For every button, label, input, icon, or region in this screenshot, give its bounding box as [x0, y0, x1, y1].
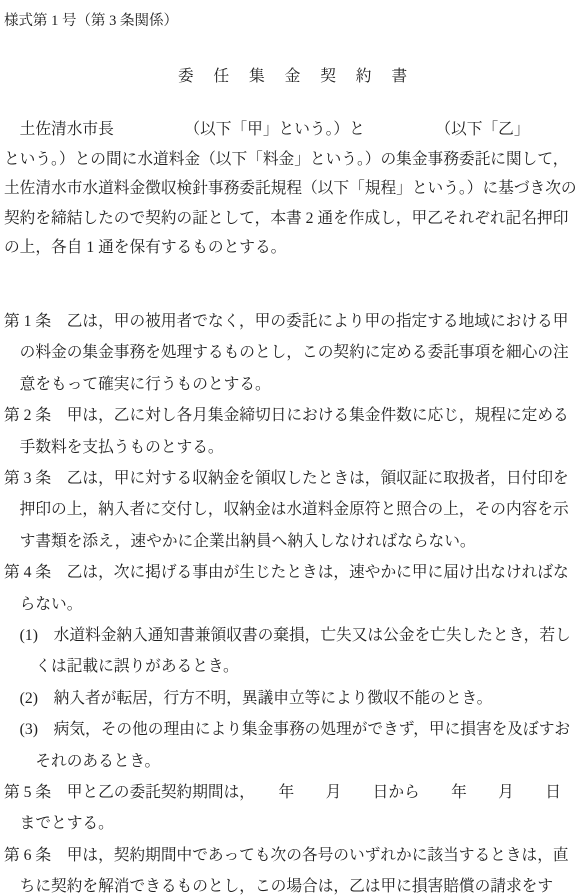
document-line: の上，各自 1 通を保有するものとする。 — [4, 233, 583, 263]
document-line: 手数料を支払うものとする。 — [4, 432, 583, 463]
form-number-label: 様式第 1 号（第 3 条関係） — [4, 6, 583, 36]
document-line: という。）との間に水道料金（以下「料金」という。）の集金事務委託に関して， — [4, 145, 583, 175]
document-line: らない。 — [4, 589, 583, 620]
articles-section: 第 1 条 乙は，甲の被用者でなく，甲の委託により甲の指定する地域における甲 の… — [4, 306, 583, 895]
document-line: 土佐清水市水道料金徴収検針事務委託規程（以下「規程」という。）に基づき次の — [4, 174, 583, 204]
document-line: 契約を締結したので契約の証として，本書 2 通を作成し，甲乙それぞれ記名押印 — [4, 204, 583, 234]
document-line: 第 2 条 甲は，乙に対し各月集金締切日における集金件数に応じ，規程に定める — [4, 400, 583, 431]
document-line: す書類を添え，速やかに企業出納員へ納入しなければならない。 — [4, 526, 583, 557]
document-line: までとする。 — [4, 808, 583, 839]
document-line: (1) 水道料金納入通知書兼領収書の棄損，亡失又は公金を亡失したとき，若し — [4, 620, 583, 651]
document-line: の料金の集金事務を処理するものとし，この契約に定める委託事項を細心の注 — [4, 337, 583, 368]
document-line: 押印の上，納入者に交付し，収納金は水道料金原符と照合の上，その内容を示 — [4, 494, 583, 525]
document-line: 第 1 条 乙は，甲の被用者でなく，甲の委託により甲の指定する地域における甲 — [4, 306, 583, 337]
document-line: 第 4 条 乙は，次に掲げる事由が生じたときは，速やかに甲に届け出なければな — [4, 557, 583, 588]
document-title: 委 任 集 金 契 約 書 — [4, 62, 583, 92]
document-line: 土佐清水市長 （以下「甲」という。）と （以下「乙」 — [4, 115, 583, 145]
document-line: (3) 病気，その他の理由により集金事務の処理ができず，甲に損害を及ぼすお — [4, 714, 583, 745]
document-line: 第 6 条 甲は，契約期間中であっても次の各号のいずれかに該当するときは，直 — [4, 840, 583, 871]
document-line: 第 3 条 乙は，甲に対する収納金を領収したときは，領収証に取扱者，日付印を — [4, 463, 583, 494]
document-line: 意をもって確実に行うものとする。 — [4, 369, 583, 400]
document-line: それのあるとき。 — [4, 746, 583, 777]
document-line: くは記載に誤りがあるとき。 — [4, 651, 583, 682]
contract-document-page: 様式第 1 号（第 3 条関係） 委 任 集 金 契 約 書 土佐清水市長 （以… — [0, 0, 588, 895]
document-line: ちに契約を解消できるものとし，この場合は，乙は甲に損害賠償の請求をす — [4, 871, 583, 895]
document-line: (2) 納入者が転居，行方不明，異議申立等により徴収不能のとき。 — [4, 683, 583, 714]
preamble-paragraph: 土佐清水市長 （以下「甲」という。）と （以下「乙」という。）との間に水道料金（… — [4, 115, 583, 263]
document-line: 第 5 条 甲と乙の委託契約期間は， 年 月 日から 年 月 日 — [4, 777, 583, 808]
